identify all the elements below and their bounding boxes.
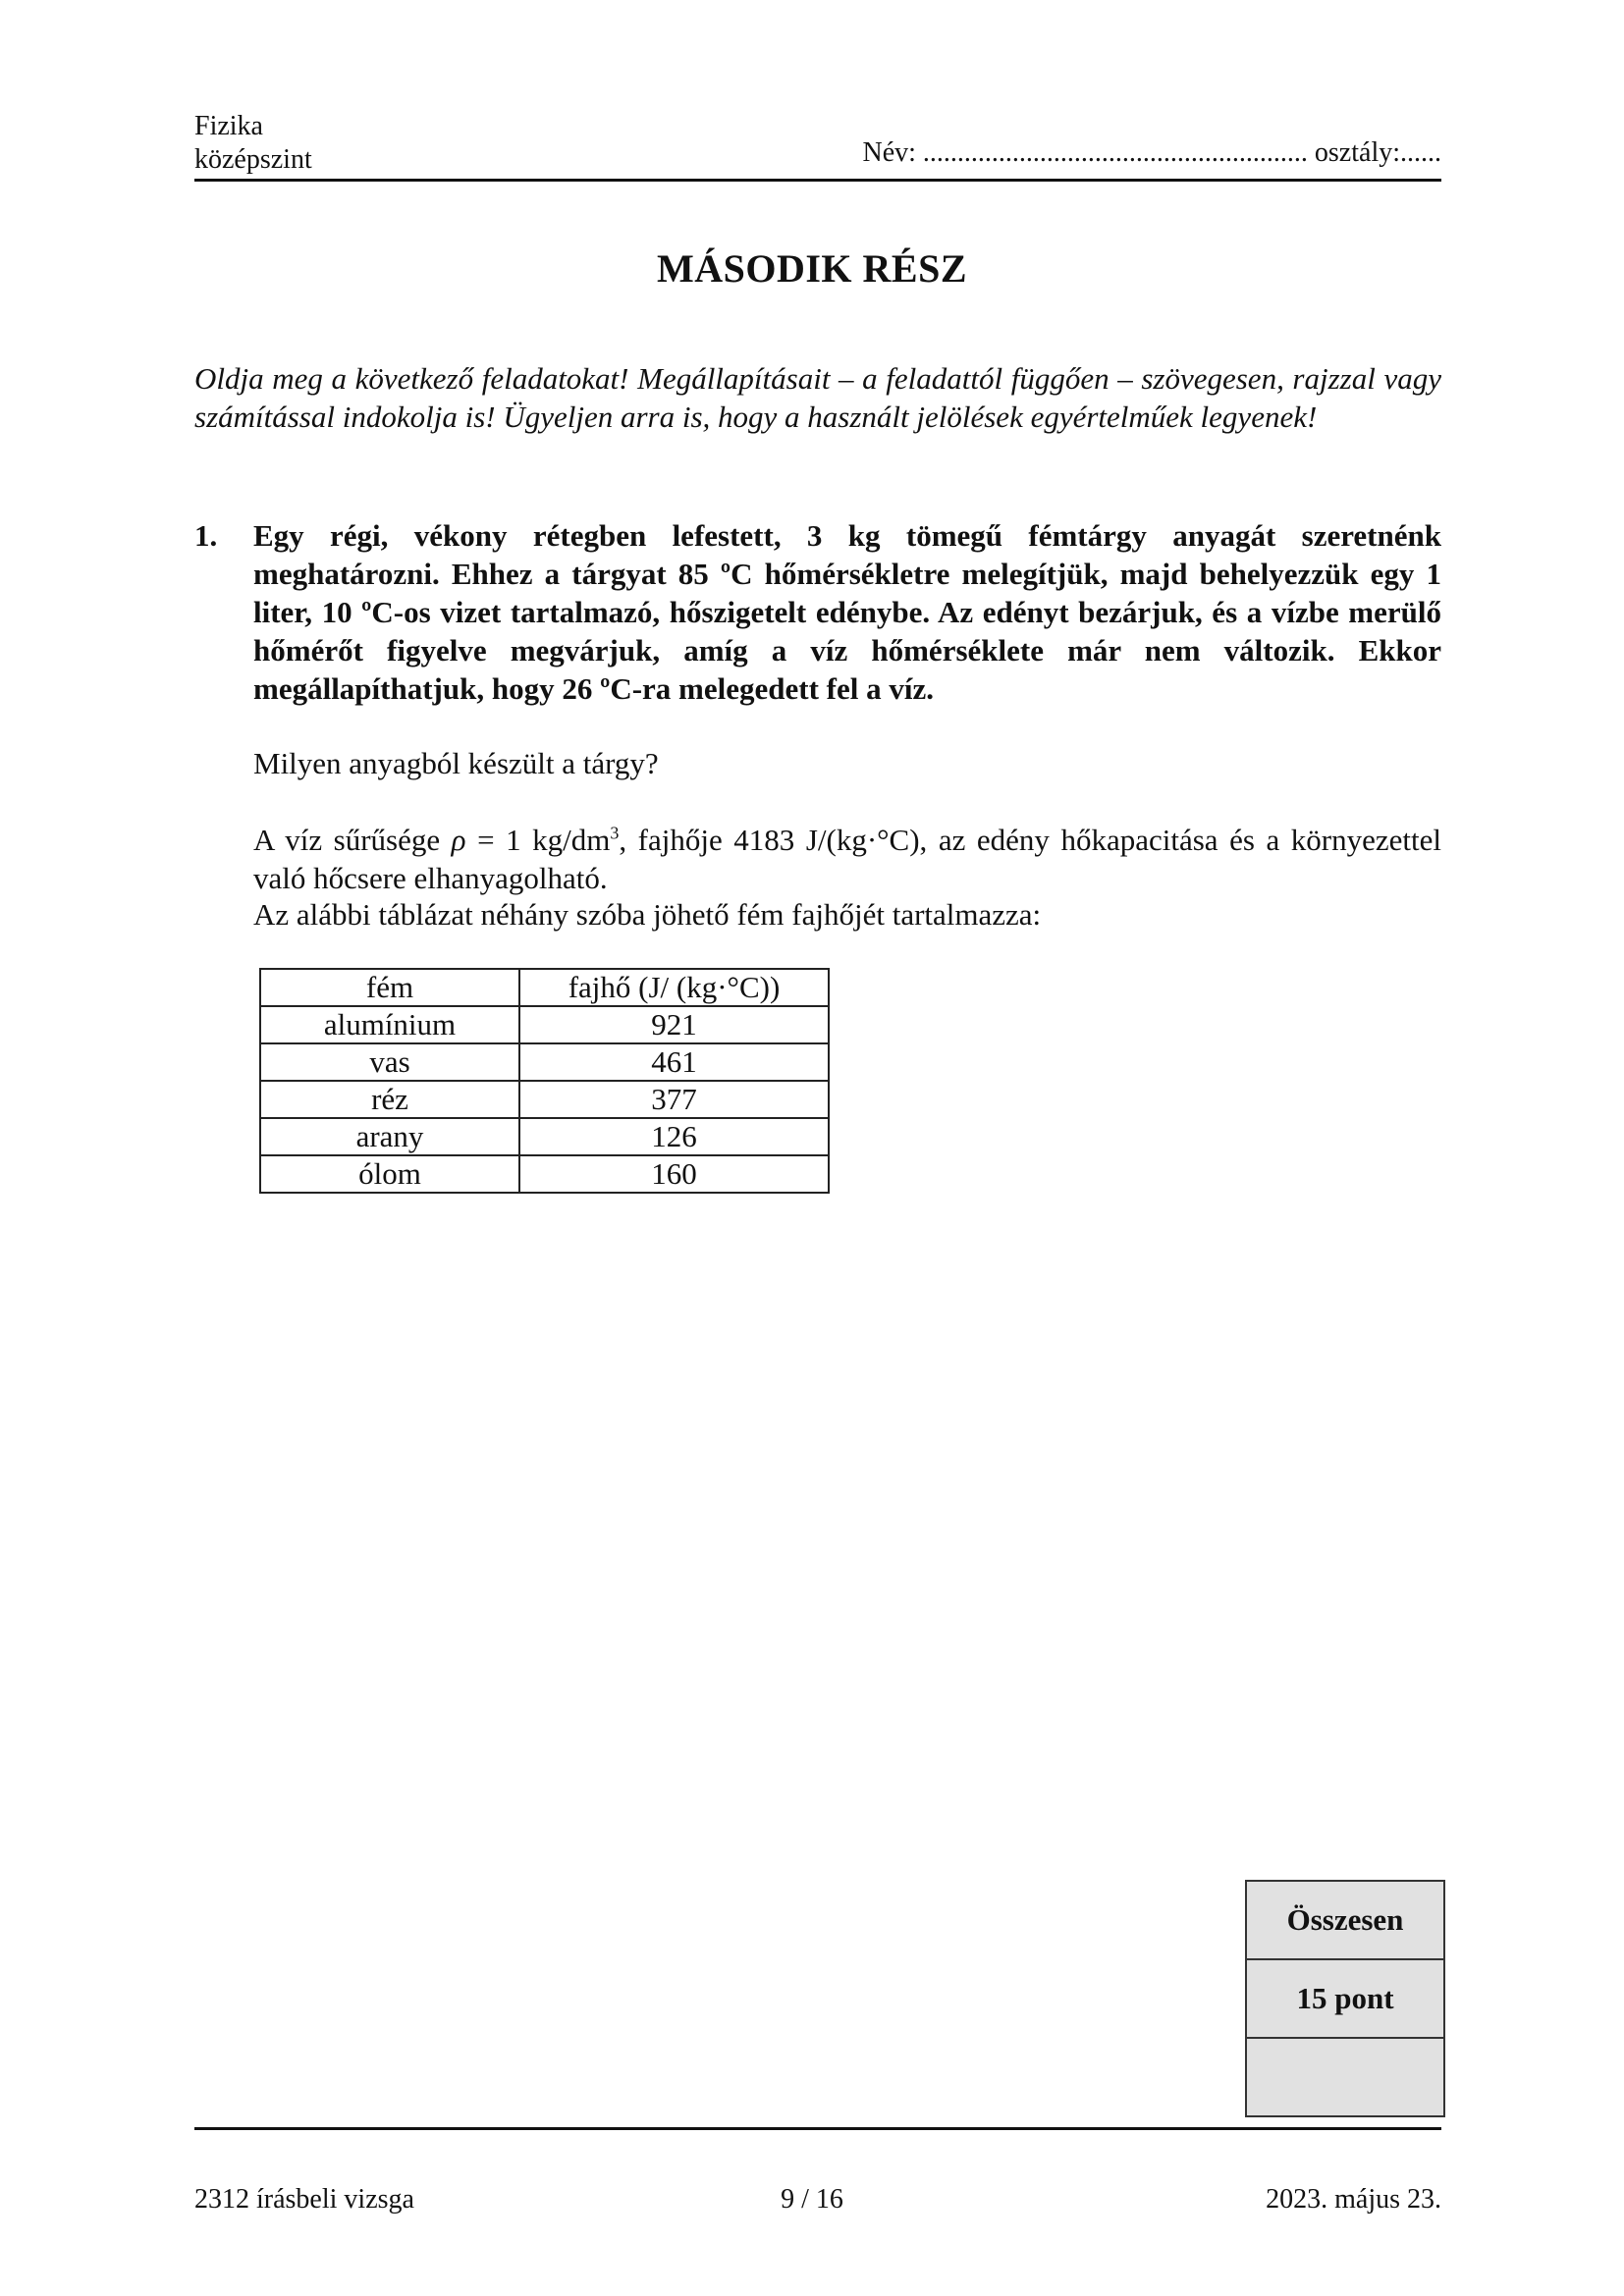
metal-name: réz	[260, 1081, 519, 1118]
table-row: ólom 160	[260, 1155, 829, 1193]
metal-name: vas	[260, 1043, 519, 1081]
header-subject-block: Fizika középszint	[194, 110, 312, 177]
column-header-metal: fém	[260, 969, 519, 1006]
score-max-points: 15 pont	[1247, 1960, 1443, 2039]
footer-divider	[194, 2127, 1441, 2130]
table-row: vas 461	[260, 1043, 829, 1081]
table-row: alumínium 921	[260, 1006, 829, 1043]
class-field[interactable]: osztály:......	[1315, 137, 1441, 168]
table-row: réz 377	[260, 1081, 829, 1118]
rho-symbol: ρ	[452, 823, 466, 857]
task-1: 1. Egy régi, vékony rétegben lefestett, …	[194, 516, 1441, 708]
specific-heat-value: 921	[519, 1006, 829, 1043]
task-question: Milyen anyagból készült a tárgy?	[253, 746, 659, 781]
score-achieved-field[interactable]	[1247, 2039, 1443, 2115]
column-header-specific-heat: fajhő (J/ (kg·°C))	[519, 969, 829, 1006]
subject-label: Fizika	[194, 110, 312, 143]
metal-name: alumínium	[260, 1006, 519, 1043]
score-box: Összesen 15 pont	[1245, 1880, 1445, 2117]
score-total-label: Összesen	[1247, 1882, 1443, 1960]
specific-heat-value: 160	[519, 1155, 829, 1193]
table-header-row: fém fajhő (J/ (kg·°C))	[260, 969, 829, 1006]
given-data: A víz sűrűsége ρ = 1 kg/dm3, fajhője 418…	[253, 821, 1441, 897]
table-row: arany 126	[260, 1118, 829, 1155]
name-field[interactable]: Név: ...................................…	[862, 137, 1307, 168]
specific-heat-value: 377	[519, 1081, 829, 1118]
level-label: középszint	[194, 143, 312, 177]
task-number: 1.	[194, 516, 217, 555]
header-student-fields: Név: ...................................…	[862, 137, 1441, 169]
metal-name: ólom	[260, 1155, 519, 1193]
specific-heat-table: fém fajhő (J/ (kg·°C)) alumínium 921 vas…	[259, 968, 830, 1194]
metal-name: arany	[260, 1118, 519, 1155]
exam-date: 2023. május 23.	[1266, 2184, 1441, 2216]
specific-heat-value: 126	[519, 1118, 829, 1155]
task-text: Egy régi, vékony rétegben lefestett, 3 k…	[253, 516, 1441, 708]
specific-heat-value: 461	[519, 1043, 829, 1081]
instructions: Oldja meg a következő feladatokat! Megál…	[194, 359, 1441, 436]
page-title: MÁSODIK RÉSZ	[0, 245, 1624, 292]
header-divider	[194, 179, 1441, 182]
table-intro: Az alábbi táblázat néhány szóba jöhető f…	[253, 897, 1041, 933]
